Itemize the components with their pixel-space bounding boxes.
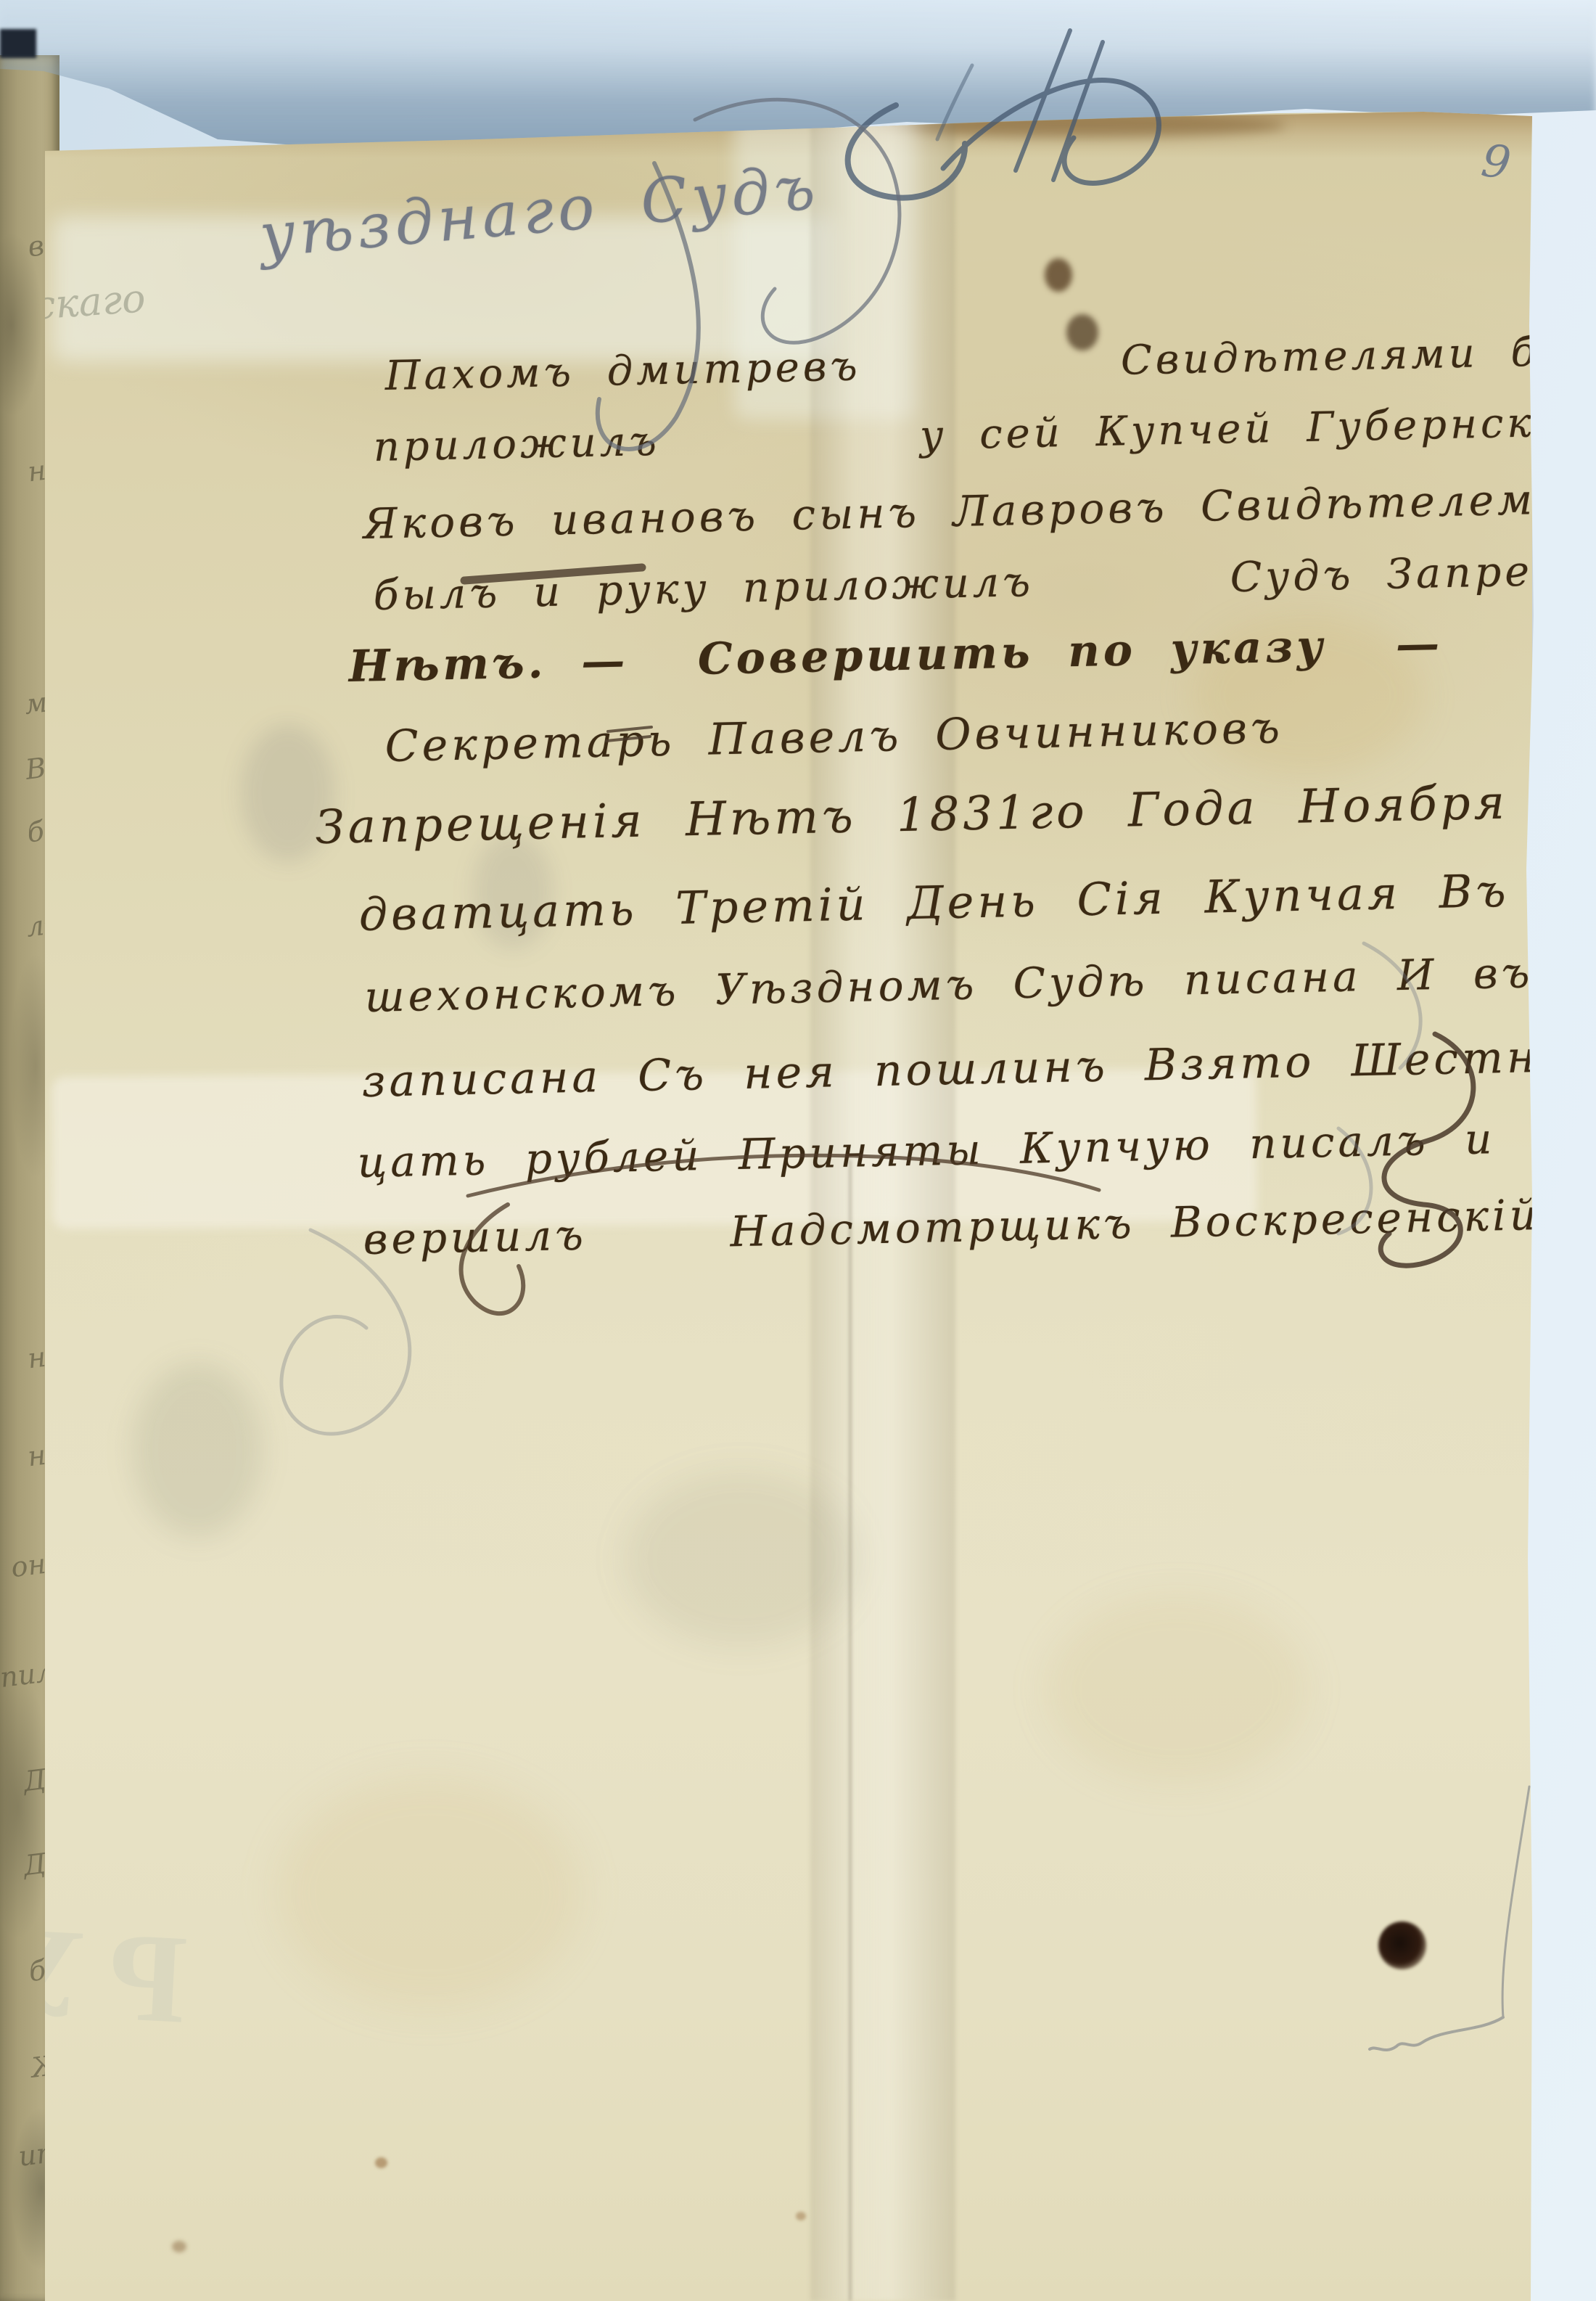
manuscript-page: РУБЛЯ уѣзднаго Судъ скаго Пахомъ дмитрев… (45, 107, 1532, 2301)
yellow-stain (277, 1776, 582, 2009)
scanned-manuscript-scene: въ и на мь Ва бъ лъ но но оно пилъ Да Да… (0, 0, 1596, 2301)
yellow-stain (1046, 1595, 1307, 1784)
fold-line-lower (849, 1160, 852, 2301)
body-line-2: приложилъ у сей Купчей Губернскій Секрет… (373, 392, 1596, 471)
scan-corner-object (0, 29, 36, 58)
body-line-6: Секретарь Павелъ Овчинниковъ (384, 702, 1284, 772)
body-line-9: шехонскомъ Уѣздномъ Судѣ писана И въ кни… (364, 944, 1596, 1022)
ink-blot-dark (1378, 1921, 1426, 1969)
heading-fragment-clipped: скаго (32, 275, 147, 329)
rust-spot (796, 2212, 806, 2220)
rust-spot (375, 2157, 387, 2168)
body-line-4: былъ и руку приложилъ Судъ Запрещенія (373, 544, 1596, 620)
body-line-3: Яковъ ивановъ сынъ Лавровъ Свидѣтелемъ (363, 474, 1568, 549)
body-line-7: Запрещенія Нѣтъ 1831го Года Ноября въ (315, 774, 1596, 855)
grey-smudge (132, 1363, 263, 1537)
ink-blob (1045, 258, 1072, 292)
rust-spot (172, 2241, 186, 2252)
grey-smudge (625, 1472, 857, 1646)
